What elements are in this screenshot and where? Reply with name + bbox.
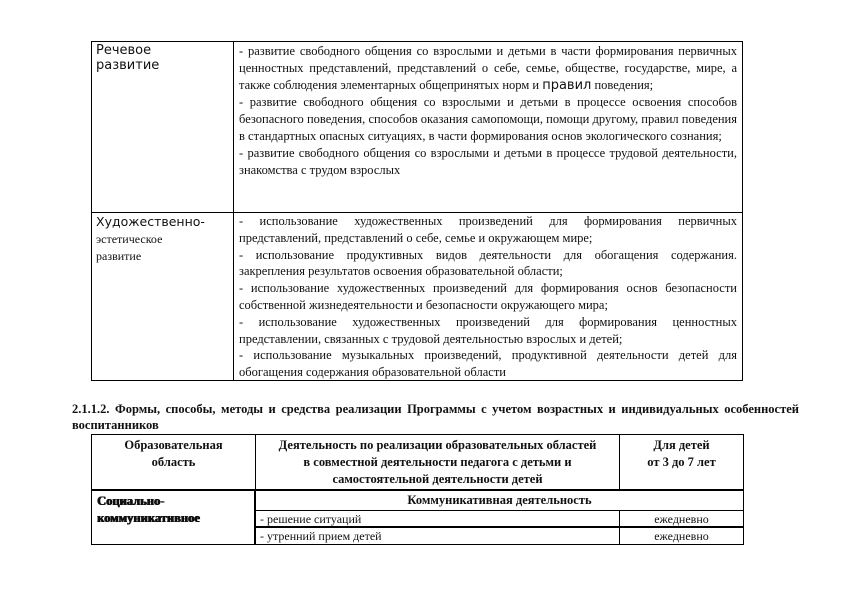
area-name: Художественно- эстетическое развитие	[96, 213, 233, 265]
content-cell: - использование художественных произведе…	[234, 212, 742, 380]
content-item: - использование музыкальных произведений…	[239, 347, 737, 381]
table-row: - решение ситуаций ежедневно	[256, 511, 743, 528]
emphasized-word: правил	[542, 78, 591, 93]
table-row-artistic-development: Художественно- эстетическое развитие - и…	[92, 212, 742, 380]
header-age: Для детей от 3 до 7 лет	[620, 435, 743, 491]
activity-frequency: ежедневно	[620, 511, 743, 526]
header-area: Образовательная область	[92, 435, 256, 491]
content-item: - развитие свободного общения со взрослы…	[239, 43, 737, 94]
forms-methods-table: Образовательная область Деятельность по …	[91, 434, 744, 545]
content-item: - использование художественных произведе…	[239, 213, 737, 247]
section-heading: 2.1.1.2. Формы, способы, методы и средст…	[72, 401, 799, 433]
area-cell: Речевое развитие	[92, 42, 234, 212]
table-row-speech-development: Речевое развитие - развитие свободного о…	[92, 42, 742, 213]
content-item: - развитие свободного общения со взрослы…	[239, 145, 737, 179]
area-cell-social-communicative: Социально- коммуникативное	[92, 491, 256, 544]
content-item: - развитие свободного общения со взрослы…	[239, 94, 737, 144]
content-item: - использование продуктивных видов деяте…	[239, 247, 737, 281]
educational-areas-table: Речевое развитие - развитие свободного о…	[91, 41, 743, 381]
activity-frequency: ежедневно	[620, 528, 743, 544]
content-item: - использование художественных произведе…	[239, 314, 737, 348]
content-item: - использование художественных произведе…	[239, 280, 737, 314]
activity-name: - утренний прием детей	[256, 528, 620, 544]
activity-group-title: Коммуникативная деятельность	[256, 491, 743, 511]
table-row: - утренний прием детей ежедневно	[256, 528, 743, 544]
header-activity: Деятельность по реализации образовательн…	[256, 435, 620, 491]
area-name: Речевое развитие	[96, 43, 233, 73]
area-cell: Художественно- эстетическое развитие	[92, 212, 234, 380]
content-cell: - развитие свободного общения со взрослы…	[234, 42, 742, 212]
activity-name: - решение ситуаций	[256, 511, 620, 526]
